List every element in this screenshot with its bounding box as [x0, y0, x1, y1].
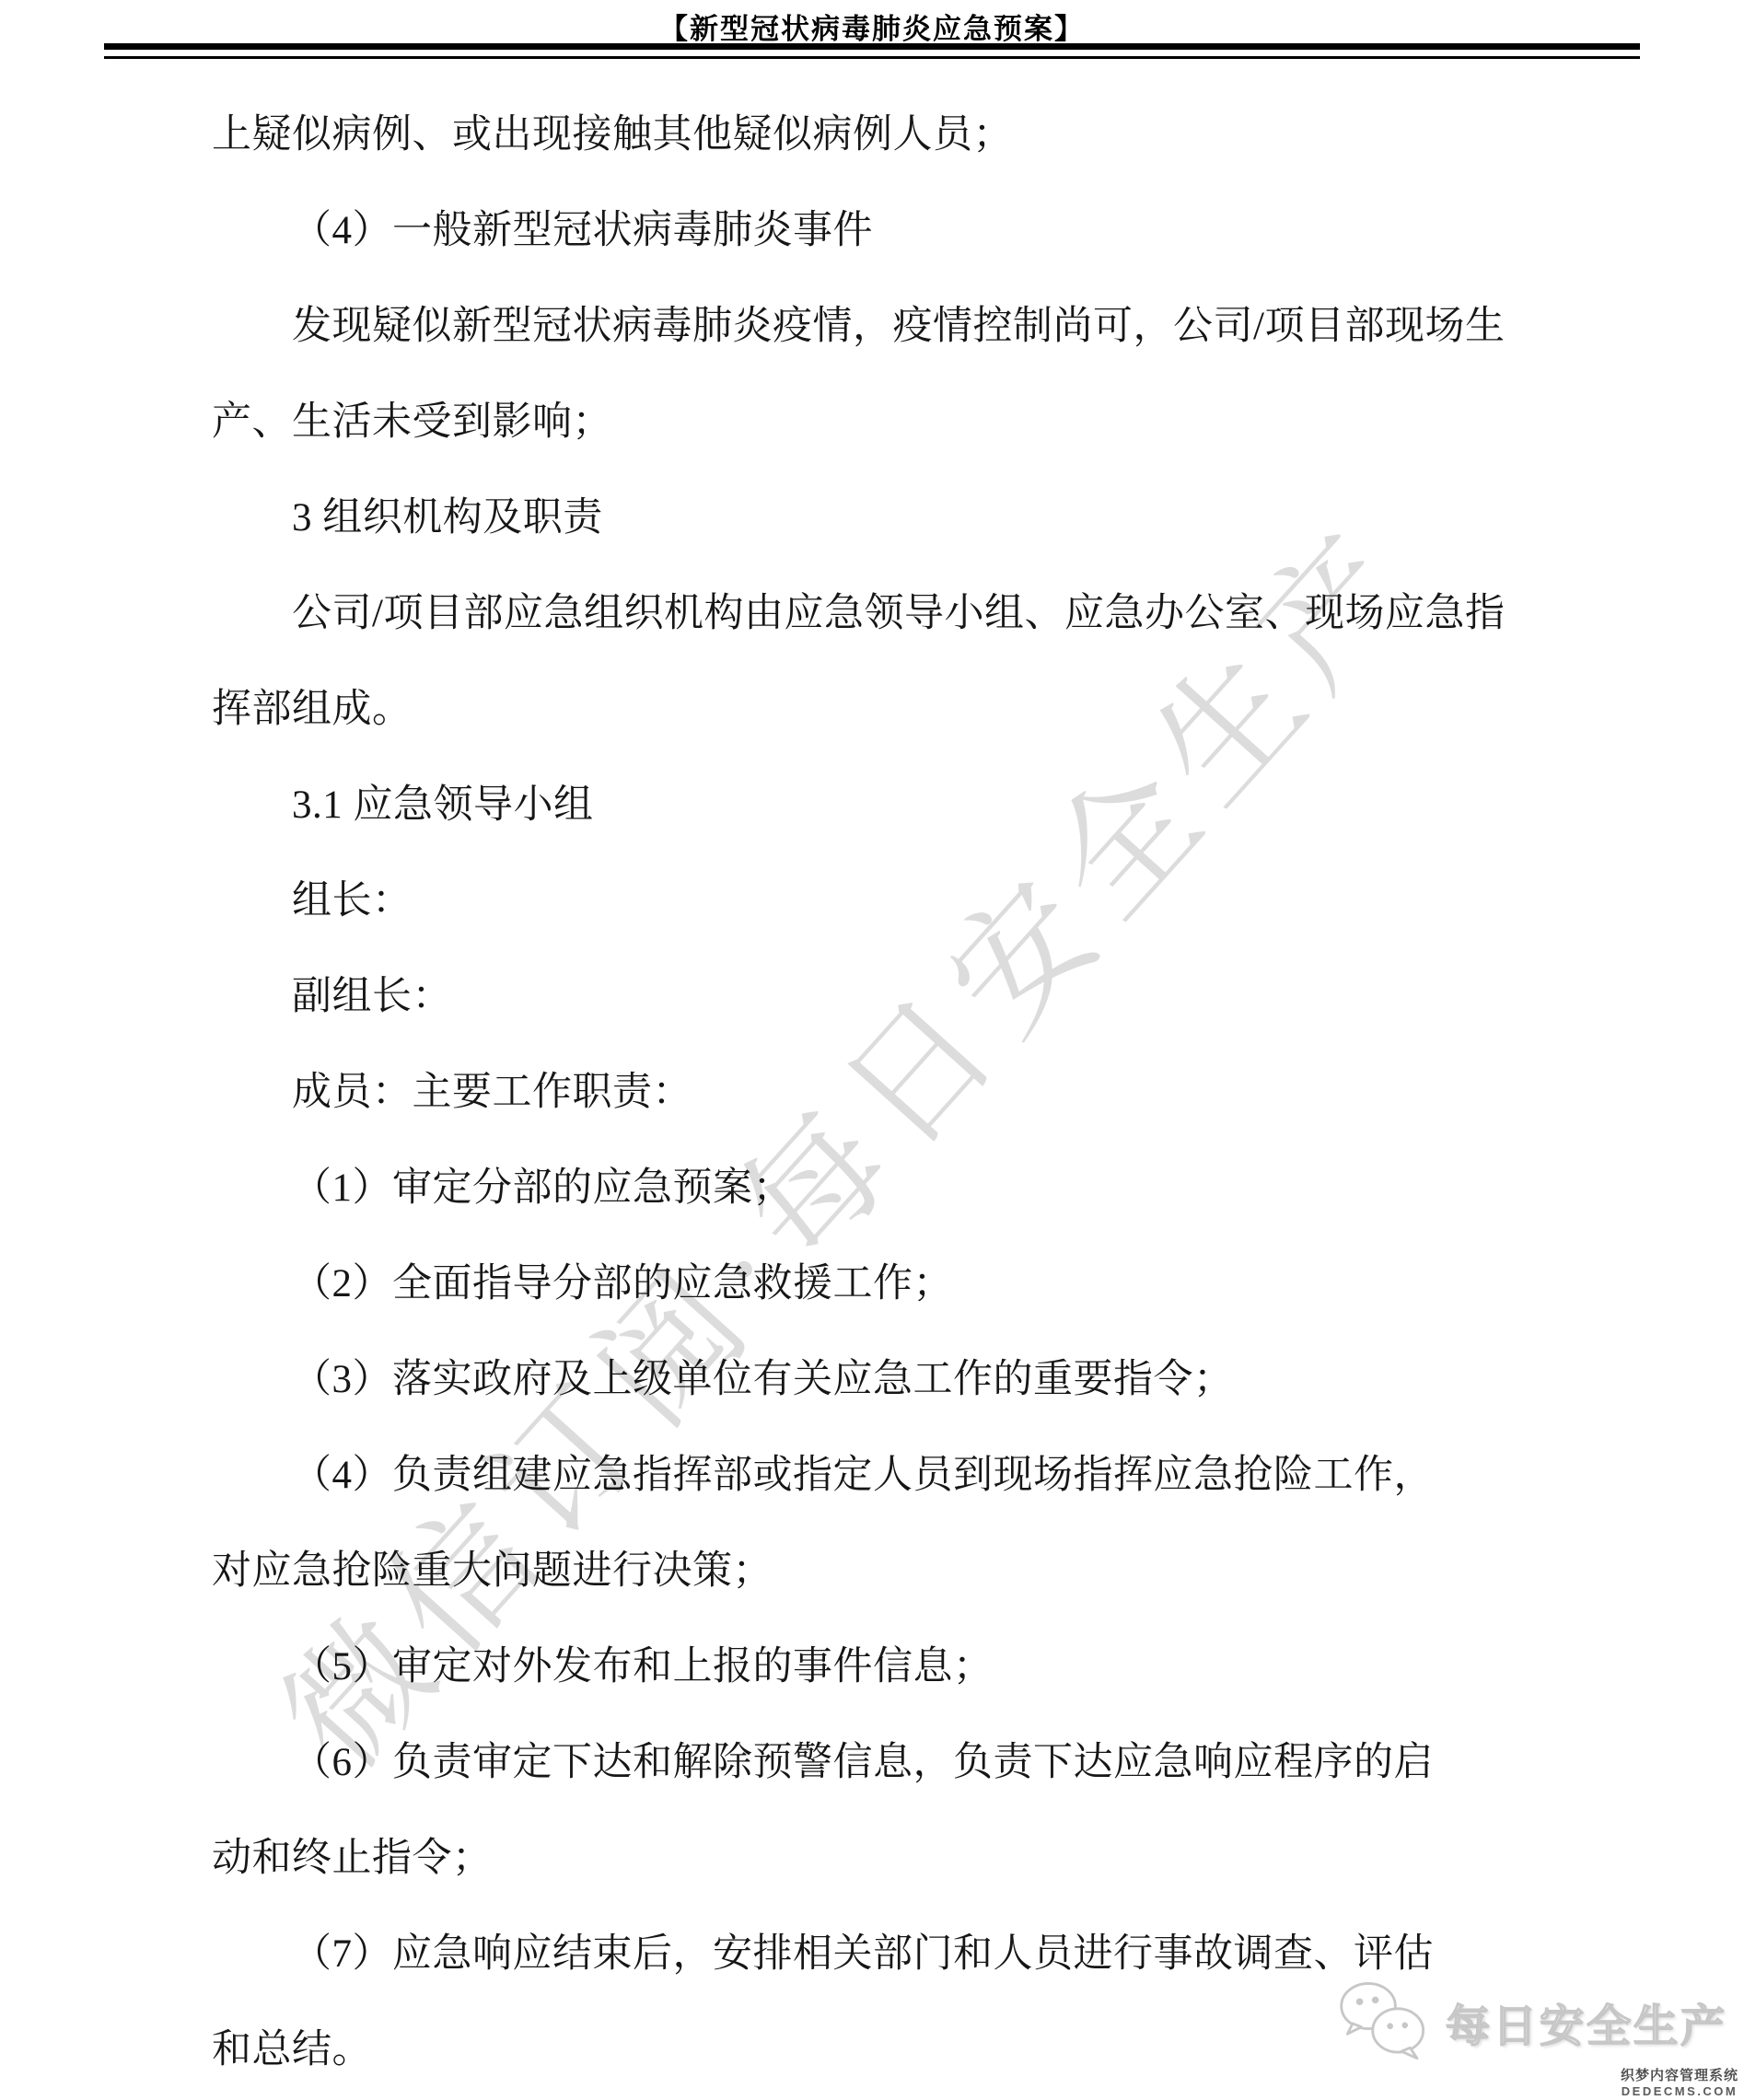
text-line: （2）全面指导分部的应急救援工作； — [212, 1236, 1556, 1332]
text-line: 对应急抢险重大问题进行决策； — [212, 1524, 1556, 1619]
text-line: 成员：主要工作职责： — [212, 1045, 1556, 1141]
document-body: 上疑似病例、或出现接触其他疑似病例人员；（4）一般新型冠状病毒肺炎事件发现疑似新… — [212, 87, 1556, 2098]
text-line: 发现疑似新型冠状病毒肺炎疫情，疫情控制尚可，公司/项目部现场生 — [212, 279, 1556, 375]
cms-credit: 织梦内容管理系统 DEDECMS.COM — [1621, 2065, 1738, 2098]
text-line: 副组长： — [212, 949, 1556, 1045]
text-line: （4）负责组建应急指挥部或指定人员到现场指挥应急抢险工作， — [212, 1428, 1556, 1524]
text-line: 组长： — [212, 853, 1556, 949]
text-line: （3）落实政府及上级单位有关应急工作的重要指令； — [212, 1332, 1556, 1428]
text-line: 产、生活未受到影响； — [212, 375, 1556, 470]
page-header-title: 【新型冠状病毒肺炎应急预案】 — [0, 6, 1744, 47]
wechat-chat-bubbles-icon — [1337, 1979, 1433, 2064]
header-rule-thin — [104, 56, 1640, 59]
text-line: 上疑似病例、或出现接触其他疑似病例人员； — [212, 87, 1556, 183]
text-line: （4）一般新型冠状病毒肺炎事件 — [212, 183, 1556, 279]
cms-credit-domain: DEDECMS.COM — [1621, 2084, 1738, 2098]
footer-brand-label: 每日安全生产 — [1446, 1990, 1727, 2054]
header-rule-thick — [104, 43, 1640, 50]
cms-credit-name: 织梦内容管理系统 — [1621, 2065, 1738, 2084]
text-line: 3.1 应急领导小组 — [212, 758, 1556, 853]
text-line: 动和终止指令； — [212, 1811, 1556, 1907]
text-line: 3 组织机构及职责 — [212, 470, 1556, 566]
text-line: （1）审定分部的应急预案； — [212, 1141, 1556, 1236]
text-line: （6）负责审定下达和解除预警信息，负责下达应急响应程序的启 — [212, 1715, 1556, 1811]
text-line: 公司/项目部应急组织机构由应急领导小组、应急办公室、现场应急指 — [212, 566, 1556, 662]
text-line: 挥部组成。 — [212, 662, 1556, 758]
footer-brand: 每日安全生产 — [1337, 1979, 1727, 2064]
text-line: （5）审定对外发布和上报的事件信息； — [212, 1619, 1556, 1715]
document-page: 【新型冠状病毒肺炎应急预案】 微信订阅·每日安全生产 上疑似病例、或出现接触其他… — [0, 0, 1744, 2100]
